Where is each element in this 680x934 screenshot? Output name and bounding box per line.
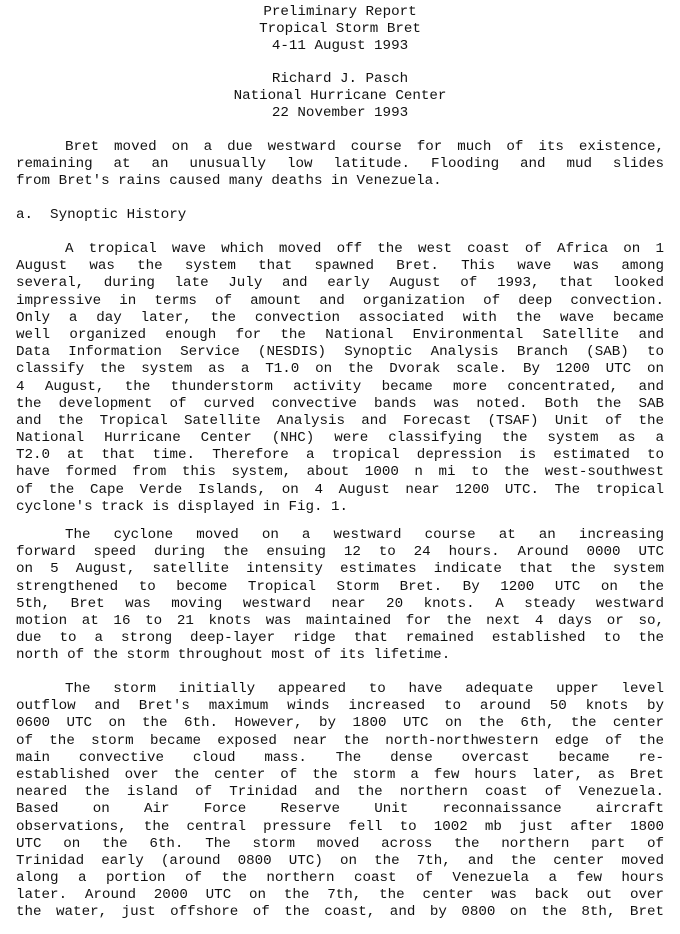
report-date: 22 November 1993 [0, 105, 680, 122]
text-line: have formed from this system, about 1000… [16, 464, 664, 481]
text-line: National Hurricane Center (NHC) were cla… [16, 430, 664, 447]
synoptic-paragraph-1: A tropical wave which moved off the west… [16, 241, 664, 516]
text-line: the development of curved convective ban… [16, 396, 664, 413]
text-line: Data Information Service (NESDIS) Synopt… [16, 344, 664, 361]
storm-dates: 4-11 August 1993 [0, 38, 680, 55]
text-line: strengthened to become Tropical Storm Br… [16, 579, 664, 596]
text-line: Based on Air Force Reserve Unit reconnai… [16, 801, 664, 818]
report-title: Preliminary Report [0, 4, 680, 21]
author-name: Richard J. Pasch [0, 71, 680, 88]
text-line: cyclone's track is displayed in Fig. 1. [16, 499, 664, 516]
document-page: Preliminary Report Tropical Storm Bret 4… [0, 0, 680, 934]
storm-name: Tropical Storm Bret [0, 21, 680, 38]
text-line: the water, just offshore of the coast, a… [16, 904, 664, 921]
text-line: neared the island of Trinidad and the no… [16, 784, 664, 801]
text-line: north of the storm throughout most of it… [16, 647, 664, 664]
text-line: impressive in terms of amount and organi… [16, 293, 664, 310]
text-line: A tropical wave which moved off the west… [16, 241, 664, 258]
text-line: 5th, Bret was moving westward near 20 kn… [16, 596, 664, 613]
text-line: Trinidad early (around 0800 UTC) on the … [16, 853, 664, 870]
text-line: The cyclone moved on a westward course a… [16, 527, 664, 544]
summary-paragraph: Bret moved on a due westward course for … [16, 139, 664, 191]
text-line: observations, the central pressure fell … [16, 819, 664, 836]
synoptic-paragraph-3: The storm initially appeared to have ade… [16, 681, 664, 922]
text-line: outflow and Bret's maximum winds increas… [16, 698, 664, 715]
author-block: Richard J. Pasch National Hurricane Cent… [0, 71, 680, 122]
text-line: of the Cape Verde Islands, on 4 August n… [16, 482, 664, 499]
text-line: remaining at an unusually low latitude. … [16, 156, 664, 173]
author-organization: National Hurricane Center [0, 88, 680, 105]
text-line: main convective cloud mass. The dense ov… [16, 750, 664, 767]
synoptic-paragraph-2: The cyclone moved on a westward course a… [16, 527, 664, 665]
text-line: well organized enough for the National E… [16, 327, 664, 344]
text-line: The storm initially appeared to have ade… [16, 681, 664, 698]
text-line: 4 August, the thunderstorm activity beca… [16, 379, 664, 396]
text-line: 0600 UTC on the 6th. However, by 1800 UT… [16, 715, 664, 732]
section-heading: a. Synoptic History [16, 207, 186, 224]
text-line: established over the center of the storm… [16, 767, 664, 784]
text-line: of the storm became exposed near the nor… [16, 733, 664, 750]
text-line: August was the system that spawned Bret.… [16, 258, 664, 275]
text-line: later. Around 2000 UTC on the 7th, the c… [16, 887, 664, 904]
text-line: Bret moved on a due westward course for … [16, 139, 664, 156]
text-line: T2.0 at that time. Therefore a tropical … [16, 447, 664, 464]
text-line: several, during late July and early Augu… [16, 275, 664, 292]
text-line: on 5 August, satellite intensity estimat… [16, 561, 664, 578]
text-line: and the Tropical Satellite Analysis and … [16, 413, 664, 430]
text-line: along a portion of the northern coast of… [16, 870, 664, 887]
text-line: Only a day later, the convection associa… [16, 310, 664, 327]
text-line: forward speed during the ensuing 12 to 2… [16, 544, 664, 561]
text-line: due to a strong deep-layer ridge that re… [16, 630, 664, 647]
report-title-block: Preliminary Report Tropical Storm Bret 4… [0, 4, 680, 55]
text-line: from Bret's rains caused many deaths in … [16, 173, 664, 190]
text-line: UTC on the 6th. The storm moved across t… [16, 836, 664, 853]
text-line: motion at 16 to 21 knots was maintained … [16, 613, 664, 630]
text-line: classify the system as a T1.0 on the Dvo… [16, 361, 664, 378]
